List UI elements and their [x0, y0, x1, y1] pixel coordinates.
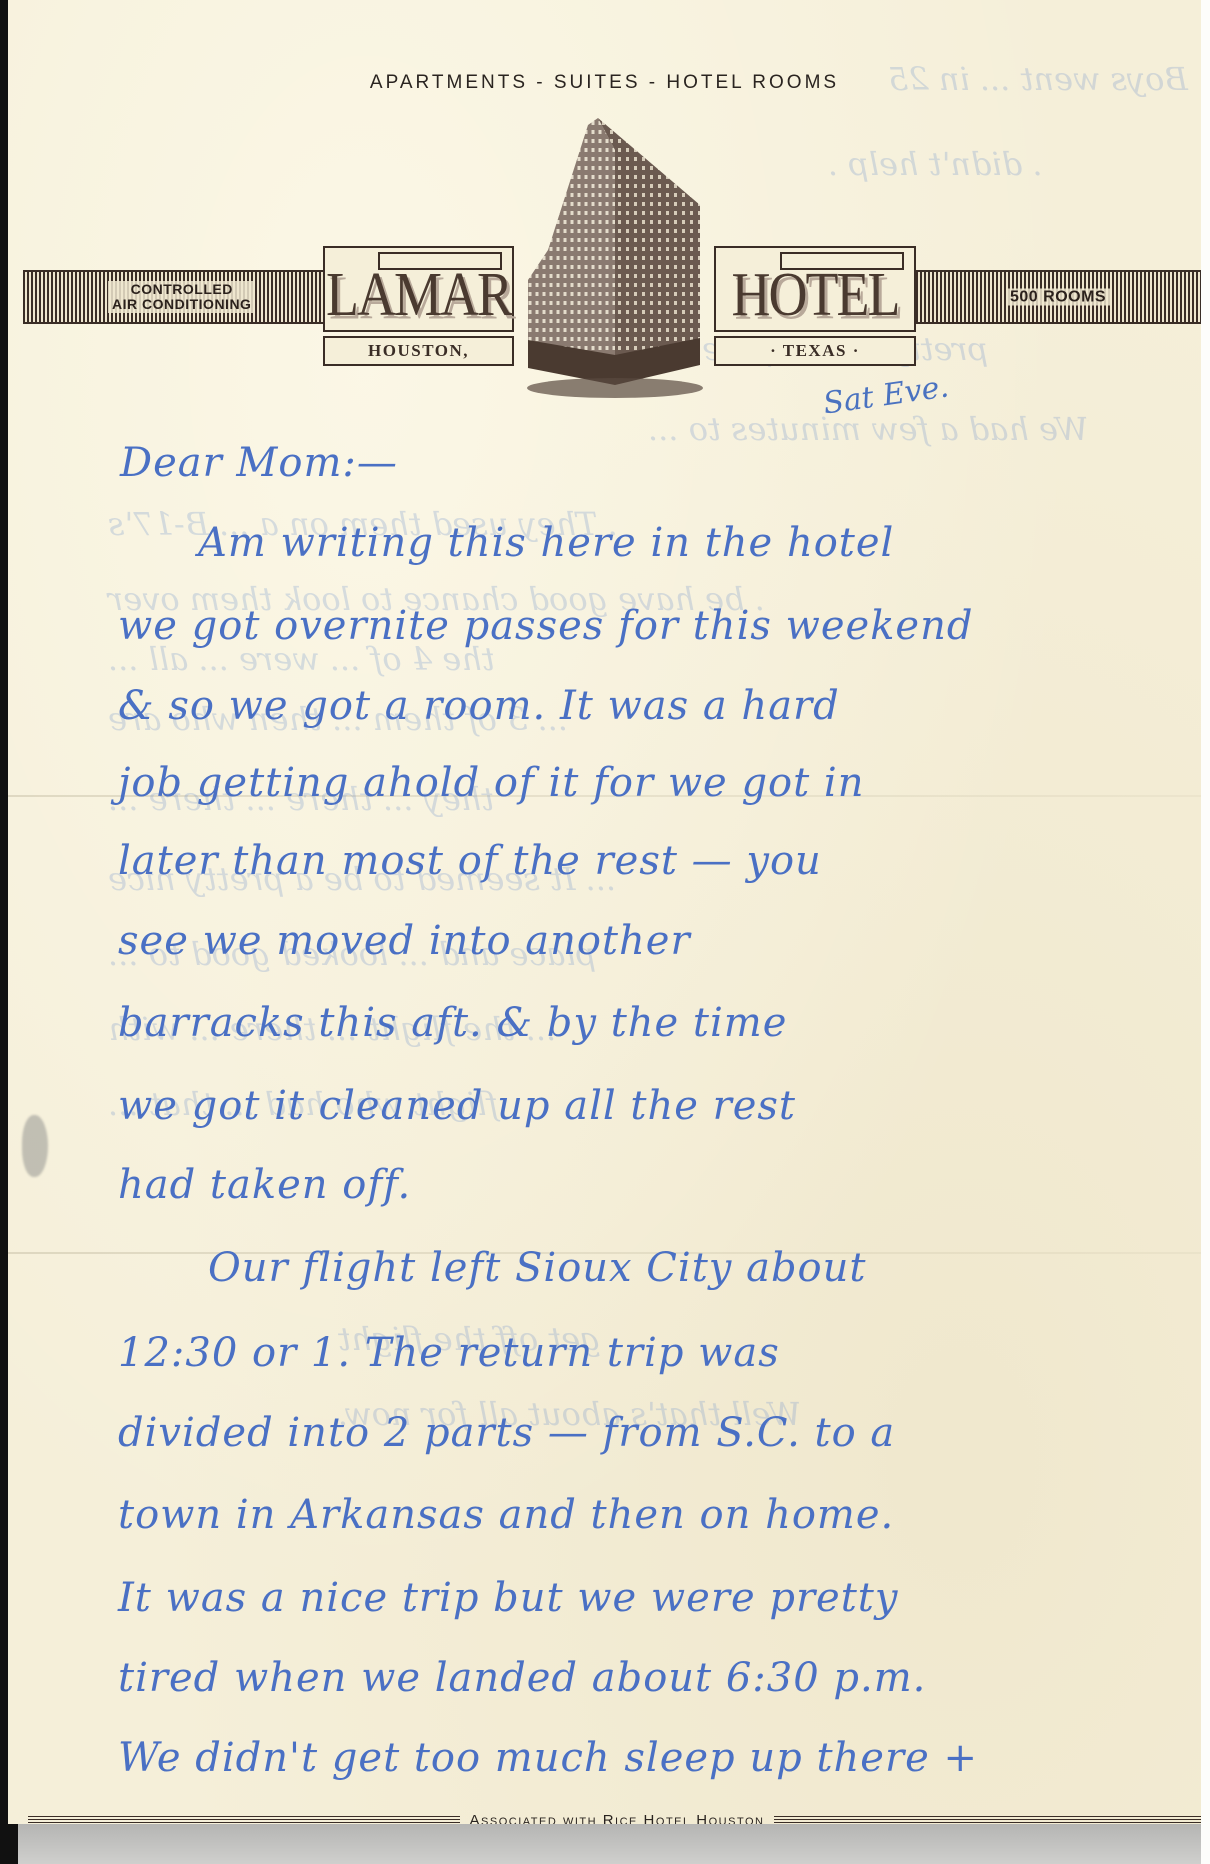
letter-line: see we moved into another	[118, 918, 1118, 964]
letter-line: We didn't get too much sleep up there +	[118, 1735, 1118, 1781]
letter-page: Boys went ... in 25 . didn't help . Afte…	[8, 0, 1201, 1824]
band-line: CONTROLLED	[112, 282, 251, 297]
salutation: Dear Mom:—	[120, 440, 1120, 486]
letterhead-band-left: CONTROLLED AIR CONDITIONING	[23, 270, 323, 324]
air-conditioning-label: CONTROLLED AIR CONDITIONING	[108, 281, 255, 313]
letterhead-band-right: 500 ROOMS	[916, 270, 1208, 324]
bleed-through-text: . didn't help .	[828, 145, 1043, 183]
hotel-name-right-box: HOTEL	[714, 246, 916, 332]
scan-left-edge	[0, 0, 8, 1864]
letter-line: later than most of the rest — you	[118, 838, 1118, 884]
paper-stain	[22, 1115, 48, 1177]
letter-line: we got overnite passes for this weekend	[118, 603, 1118, 649]
city-label: HOUSTON,	[323, 336, 514, 366]
letter-line: job getting ahold of it for we got in	[118, 760, 1118, 806]
hotel-building-icon	[520, 110, 708, 400]
letter-line: barracks this aft. & by the time	[118, 1000, 1118, 1046]
hotel-name-left-box: LAMAR	[323, 246, 514, 332]
scan-right-edge	[1201, 0, 1210, 1864]
scan-corner	[0, 1824, 18, 1864]
letter-line: Our flight left Sioux City about	[208, 1245, 1208, 1291]
letter-line: we got it cleaned up all the rest	[118, 1083, 1118, 1129]
hotel-name-lamar: LAMAR	[326, 263, 511, 330]
state-label: · TEXAS ·	[714, 336, 916, 366]
letterhead-tagline: APARTMENTS - SUITES - HOTEL ROOMS	[8, 72, 1201, 94]
letter-line: had taken off.	[118, 1162, 1118, 1208]
letter-line: divided into 2 parts — from S.C. to a	[118, 1410, 1118, 1456]
letter-line: Am writing this here in the hotel	[198, 520, 1198, 566]
letter-line: tired when we landed about 6:30 p.m.	[118, 1655, 1118, 1701]
letter-line: It was a nice trip but we were pretty	[118, 1575, 1118, 1621]
letter-line: & so we got a room. It was a hard	[118, 683, 1118, 729]
hotel-name-hotel: HOTEL	[732, 263, 899, 330]
band-line: AIR CONDITIONING	[112, 297, 251, 312]
rooms-count-label: 500 ROOMS	[1006, 289, 1110, 306]
scan-bottom-edge	[8, 1824, 1201, 1864]
letter-line: town in Arkansas and then on home.	[118, 1492, 1118, 1538]
letter-line: 12:30 or 1. The return trip was	[118, 1330, 1118, 1376]
